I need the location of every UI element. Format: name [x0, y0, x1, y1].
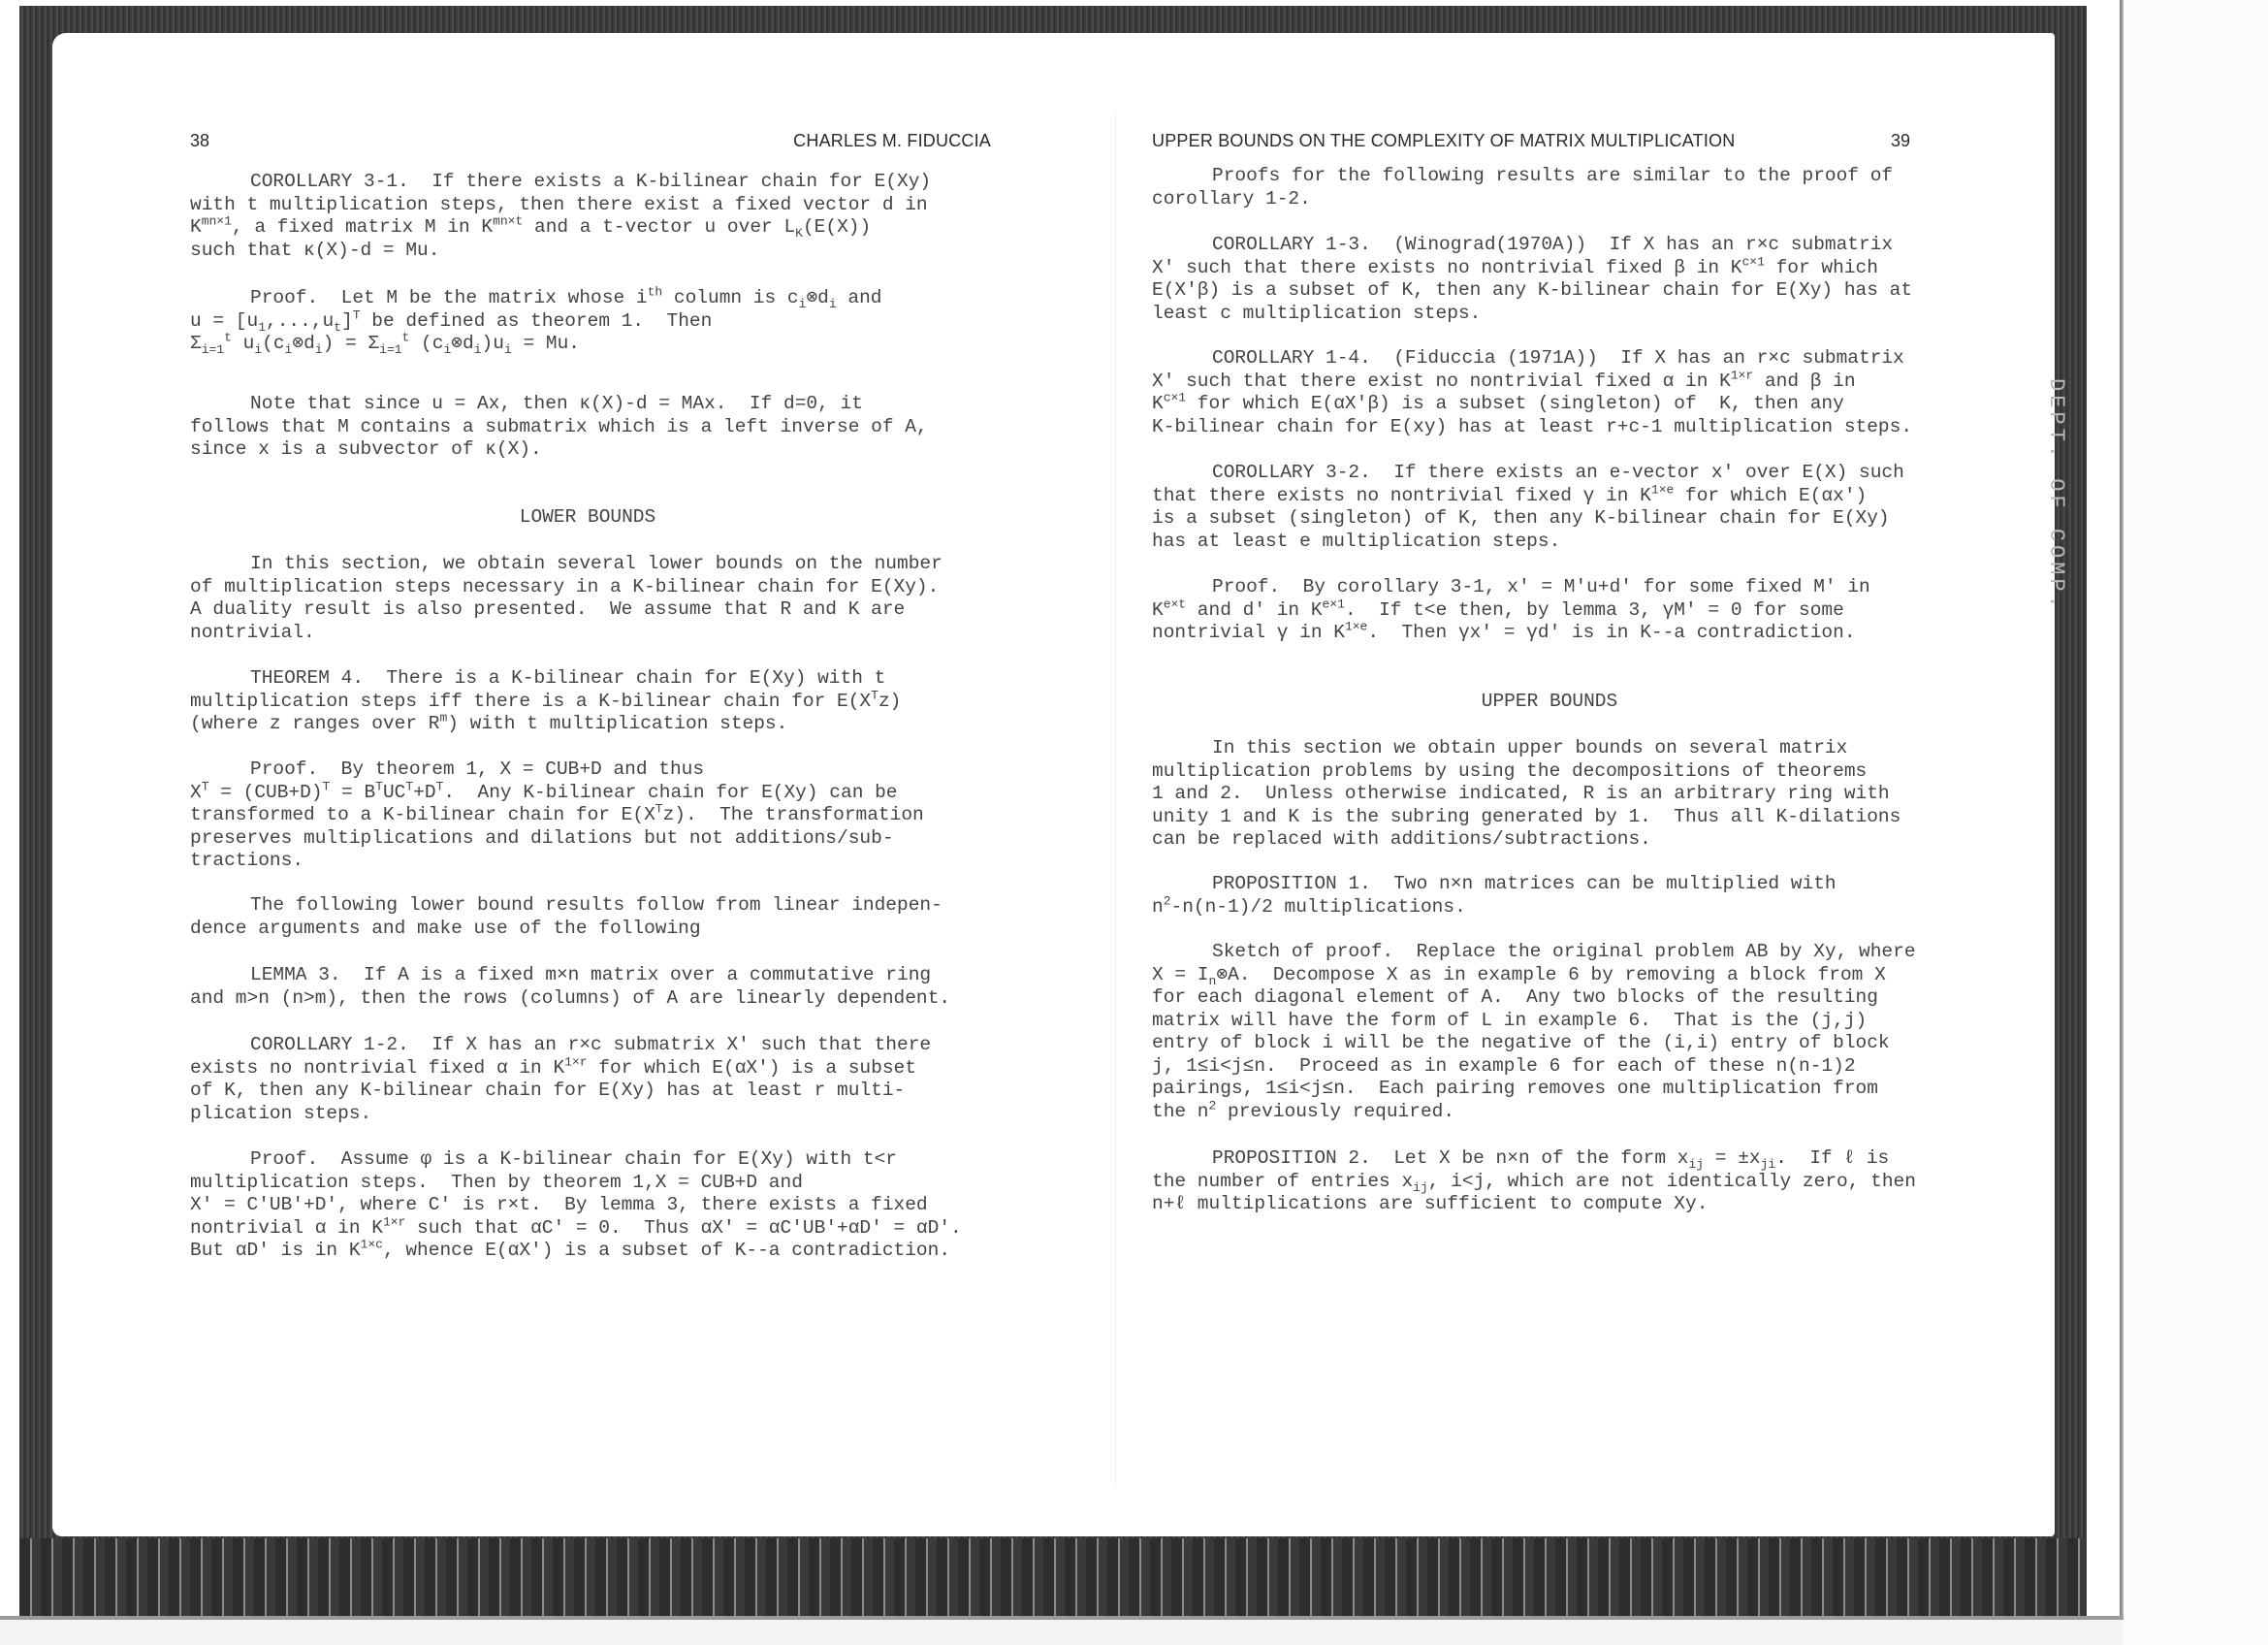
text-line: matrix will have the form of L in exampl… [1152, 1010, 1947, 1033]
text-line: COROLLARY 1-2. If X has an r×c submatrix… [190, 1034, 985, 1057]
text-line: THEOREM 4. There is a K-bilinear chain f… [190, 667, 985, 691]
text-line: for each diagonal element of A. Any two … [1152, 986, 1947, 1010]
text-line: Note that since u = Ax, then κ(X)-d = MA… [190, 393, 985, 416]
text-line: Proofs for the following results are sim… [1152, 165, 1947, 188]
scan-right-strip [2087, 0, 2118, 1645]
text-line: Sketch of proof. Replace the original pr… [1152, 941, 1947, 964]
running-head: UPPER BOUNDS ON THE COMPLEXITY OF MATRIX… [1152, 130, 1735, 153]
text-line: exists no nontrivial fixed α in K1×r for… [190, 1057, 985, 1081]
text-line: nontrivial α in K1×r such that αC' = 0. … [190, 1217, 985, 1241]
text-line: has at least e multiplication steps. [1152, 531, 1947, 554]
text-line: LEMMA 3. If A is a fixed m×n matrix over… [190, 964, 985, 987]
theorem-4: THEOREM 4. There is a K-bilinear chain f… [190, 667, 985, 736]
text-line: u = [u1,...,ut]T be defined as theorem 1… [190, 310, 985, 334]
text-line: 1 and 2. Unless otherwise indicated, R i… [1152, 783, 1947, 806]
corollary-1-3: COROLLARY 1-3. (Winograd(1970A)) If X ha… [1152, 234, 1947, 325]
corollary-3-1: COROLLARY 3-1. If there exists a K-bilin… [190, 171, 985, 262]
proposition-2: PROPOSITION 2. Let X be n×n of the form … [1152, 1147, 1947, 1216]
page-number: 39 [1891, 130, 1910, 153]
text-line: transformed to a K-bilinear chain for E(… [190, 804, 985, 827]
proof-corollary-3-1: Proof. Let M be the matrix whose ith col… [190, 287, 985, 356]
scanner-bed [2124, 0, 2268, 1645]
text-line: j, 1≤i<j≤n. Proceed as in example 6 for … [1152, 1055, 1947, 1079]
text-line: corollary 1-2. [1152, 188, 1947, 211]
text-line: preserves multiplications and dilations … [190, 827, 985, 851]
text-line: Kc×1 for which E(αX'β) is a subset (sing… [1152, 393, 1947, 416]
text-line: pairings, 1≤i<j≤n. Each pairing removes … [1152, 1078, 1947, 1101]
text-line: Proof. By corollary 3-1, x' = M'u+d' for… [1152, 576, 1947, 599]
text-line: since x is a subvector of κ(X). [190, 438, 985, 462]
text-line: is a subset (singleton) of K, then any K… [1152, 507, 1947, 531]
corollary-1-2: COROLLARY 1-2. If X has an r×c submatrix… [190, 1034, 985, 1125]
following-paragraph: The following lower bound results follow… [190, 894, 985, 940]
text-line: tractions. [190, 850, 985, 873]
text-line: multiplication steps. Then by theorem 1,… [190, 1172, 985, 1195]
corollary-3-2: COROLLARY 3-2. If there exists an e-vect… [1152, 462, 1947, 553]
text-line: least c multiplication steps. [1152, 303, 1947, 326]
text-line: entry of block i will be the negative of… [1152, 1032, 1947, 1055]
text-line: X' such that there exist no nontrivial f… [1152, 371, 1947, 394]
text-line: Proof. By theorem 1, X = CUB+D and thus [190, 758, 985, 782]
text-line: Kmn×1, a fixed matrix M in Kmn×t and a t… [190, 216, 985, 240]
text-line: COROLLARY 3-2. If there exists an e-vect… [1152, 462, 1947, 485]
section-heading-upper-bounds: UPPER BOUNDS [1152, 691, 1947, 714]
lower-bounds-intro: In this section, we obtain several lower… [190, 553, 985, 644]
text-line: of K, then any K-bilinear chain for E(Xy… [190, 1080, 985, 1103]
text-line: The following lower bound results follow… [190, 894, 985, 918]
proof-theorem-4: Proof. By theorem 1, X = CUB+D and thusX… [190, 758, 985, 873]
running-head: CHARLES M. FIDUCCIA [793, 130, 991, 153]
text-line: that there exists no nontrivial fixed γ … [1152, 485, 1947, 508]
text-line: In this section, we obtain several lower… [190, 553, 985, 576]
text-line: A duality result is also presented. We a… [190, 598, 985, 622]
margin-stamp: DEPT. OF COMP. [2044, 378, 2068, 612]
text-line: the number of entries xij, i<j, which ar… [1152, 1171, 1947, 1194]
text-line: X = In⊗A. Decompose X as in example 6 by… [1152, 964, 1947, 987]
section-heading-lower-bounds: LOWER BOUNDS [190, 506, 985, 530]
text-line: n+ℓ multiplications are sufficient to co… [1152, 1193, 1947, 1216]
note-paragraph: Note that since u = Ax, then κ(X)-d = MA… [190, 393, 985, 462]
lemma-3: LEMMA 3. If A is a fixed m×n matrix over… [190, 964, 985, 1010]
text-line: unity 1 and K is the subring generated b… [1152, 806, 1947, 829]
upper-bounds-intro: In this section we obtain upper bounds o… [1152, 737, 1947, 852]
text-line: X' such that there exists no nontrivial … [1152, 257, 1947, 280]
text-line: PROPOSITION 1. Two n×n matrices can be m… [1152, 873, 1947, 896]
text-line: follows that M contains a submatrix whic… [190, 416, 985, 439]
text-line: E(X'β) is a subset of K, then any K-bili… [1152, 279, 1947, 303]
text-line: such that κ(X)-d = Mu. [190, 240, 985, 263]
text-line: But αD' is in K1×c, whence E(αX') is a s… [190, 1240, 985, 1263]
proof-corollary-1-2: Proof. Assume φ is a K-bilinear chain fo… [190, 1148, 985, 1263]
text-line: X' = C'UB'+D', where C' is r×t. By lemma… [190, 1194, 985, 1217]
text-line: and m>n (n>m), then the rows (columns) o… [190, 987, 985, 1011]
proof-corollary-3-2: Proof. By corollary 3-1, x' = M'u+d' for… [1152, 576, 1947, 645]
text-line: nontrivial γ in K1×e. Then γx' = γd' is … [1152, 622, 1947, 645]
sketch-of-proof: Sketch of proof. Replace the original pr… [1152, 941, 1947, 1123]
text-line: with t multiplication steps, then there … [190, 194, 985, 217]
text-line: dence arguments and make use of the foll… [190, 918, 985, 941]
text-line: nontrivial. [190, 622, 985, 645]
text-line: Σi=1t ui(ci⊗di) = Σi=1t (ci⊗di)ui = Mu. [190, 333, 985, 356]
text-line: (where z ranges over Rm) with t multipli… [190, 713, 985, 736]
text-line: multiplication steps iff there is a K-bi… [190, 691, 985, 714]
text-line: XT = (CUB+D)T = BTUCT+DT. Any K-bilinear… [190, 782, 985, 805]
text-line: plication steps. [190, 1103, 985, 1126]
page-number: 38 [190, 130, 209, 153]
text-line: COROLLARY 1-4. (Fiduccia (1971A)) If X h… [1152, 347, 1947, 371]
proofs-similar-paragraph: Proofs for the following results are sim… [1152, 165, 1947, 210]
text-line: PROPOSITION 2. Let X be n×n of the form … [1152, 1147, 1947, 1171]
text-line: K-bilinear chain for E(xy) has at least … [1152, 416, 1947, 439]
corollary-1-4: COROLLARY 1-4. (Fiduccia (1971A)) If X h… [1152, 347, 1947, 438]
text-line: multiplication problems by using the dec… [1152, 760, 1947, 784]
text-line: Ke×t and d' in Ke×1. If t<e then, by lem… [1152, 599, 1947, 623]
text-line: can be replaced with additions/subtracti… [1152, 828, 1947, 852]
text-line: n2-n(n-1)/2 multiplications. [1152, 896, 1947, 919]
text-line: COROLLARY 3-1. If there exists a K-bilin… [190, 171, 985, 194]
scanner-bottom [0, 1616, 2124, 1645]
book-gutter [1115, 111, 1116, 1488]
proposition-1: PROPOSITION 1. Two n×n matrices can be m… [1152, 873, 1947, 919]
text-line: COROLLARY 1-3. (Winograd(1970A)) If X ha… [1152, 234, 1947, 257]
text-line: the n2 previously required. [1152, 1101, 1947, 1124]
text-line: of multiplication steps necessary in a K… [190, 576, 985, 599]
text-line: Proof. Let M be the matrix whose ith col… [190, 287, 985, 310]
text-line: Proof. Assume φ is a K-bilinear chain fo… [190, 1148, 985, 1172]
text-line: In this section we obtain upper bounds o… [1152, 737, 1947, 760]
